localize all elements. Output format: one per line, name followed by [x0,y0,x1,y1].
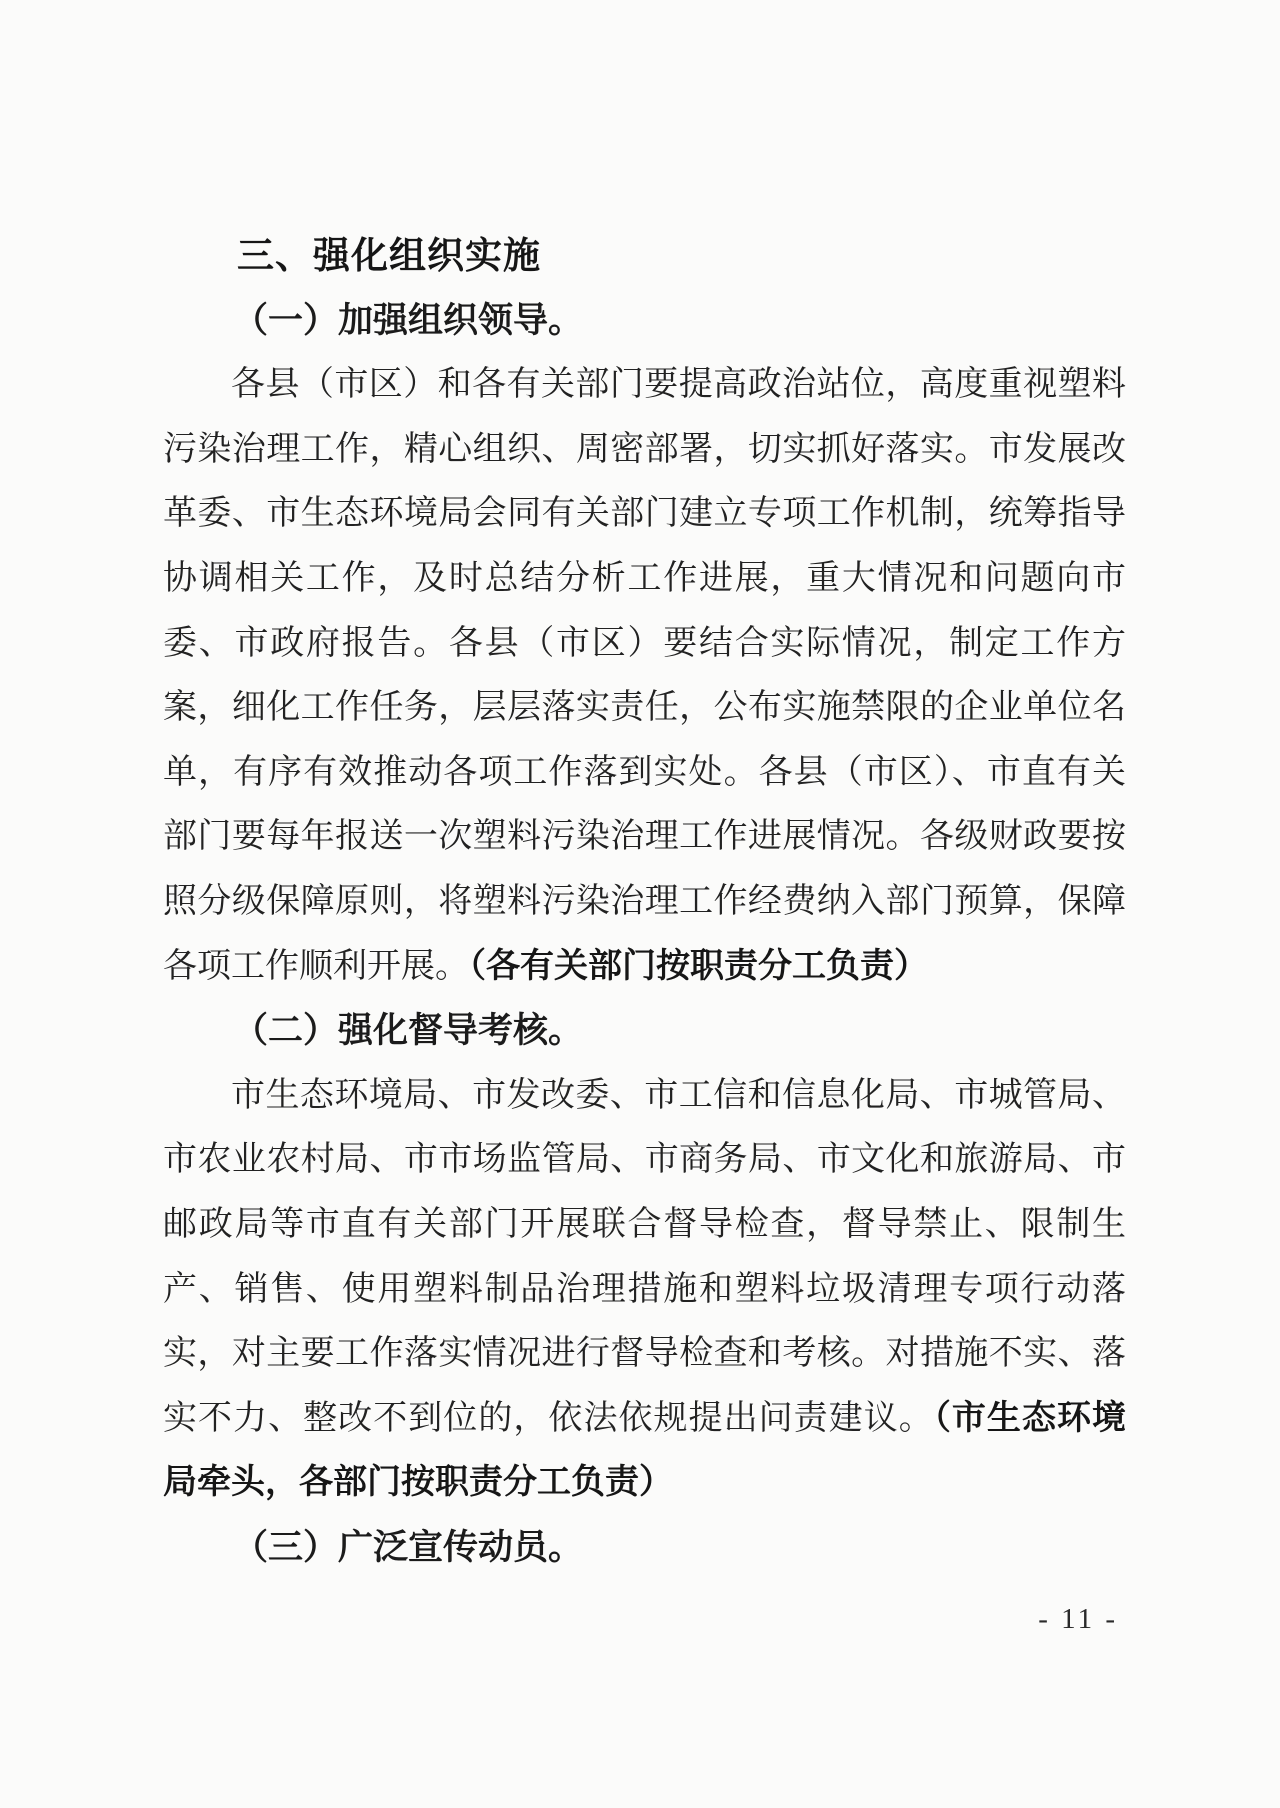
subsection-3-heading: （三）广泛宣传动员。 [163,1516,1126,1581]
subsection-1-responsibility-note: （各有关部门按职责分工负责） [469,948,928,985]
document-body: 三、强化组织实施 （一）加强组织领导。 各县（市区）和各有关部门要提高政治站位，… [163,224,1126,1580]
subsection-1-paragraph: 各县（市区）和各有关部门要提高政治站位，高度重视塑料污染治理工作，精心组织、周密… [163,353,1126,999]
subsection-2-heading: （二）强化督导考核。 [163,999,1126,1064]
page-number: - 11 - [1038,1603,1118,1636]
subsection-1-heading: （一）加强组织领导。 [163,289,1126,354]
subsection-2-paragraph: 市生态环境局、市发改委、市工信和信息化局、市城管局、市农业农村局、市市场监管局、… [163,1064,1126,1516]
section-heading: 三、强化组织实施 [163,224,1126,289]
subsection-2-paragraph-text: 市生态环境局、市发改委、市工信和信息化局、市城管局、市农业农村局、市市场监管局、… [163,1077,1126,1437]
document-page: 三、强化组织实施 （一）加强组织领导。 各县（市区）和各有关部门要提高政治站位，… [0,0,1280,1808]
subsection-1-paragraph-text: 各县（市区）和各有关部门要提高政治站位，高度重视塑料污染治理工作，精心组织、周密… [163,366,1126,984]
